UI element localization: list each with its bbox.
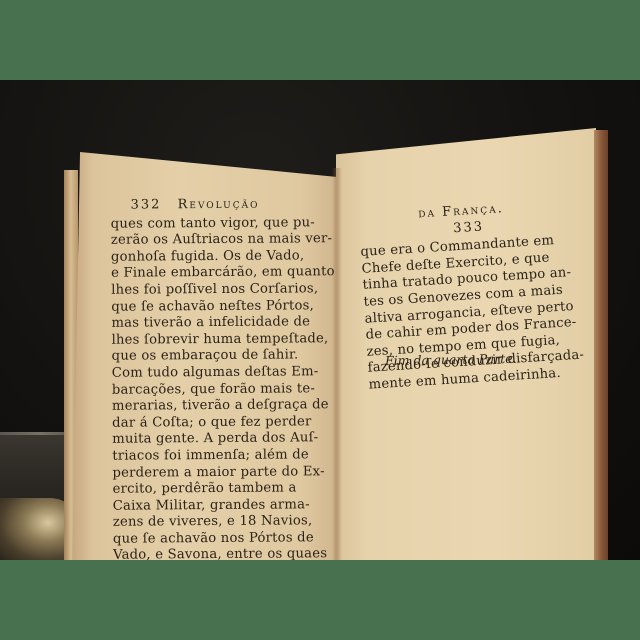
end-of-part-note: Fim da quarta Parte. — [385, 351, 517, 368]
letterbox-band-top — [0, 0, 640, 80]
text-line: perderem a maior parte do Ex- — [112, 464, 317, 482]
page-number: 332 — [131, 197, 162, 212]
left-page-text: 332 Revolução ques com tanto vigor, que … — [111, 196, 319, 560]
book-cover-edge — [594, 130, 608, 560]
book-gutter — [332, 168, 342, 560]
text-line: Vado, e Savona, entre os quaes — [113, 547, 318, 560]
text-line: que ſe achavão nos Pórtos de — [113, 530, 318, 548]
text-line: que os embaraçou de ſahir. — [112, 348, 317, 366]
text-line: ques com tanto vigor, que pu- — [111, 215, 316, 233]
text-line: que ſe achavão neſtes Pórtos, — [111, 298, 316, 316]
left-page-header: 332 Revolução — [111, 196, 316, 214]
text-line: merarias, tiverão a deſgraça de — [112, 397, 317, 415]
text-line: lhes foi poſſivel nos Corſarios, — [111, 281, 316, 299]
book-photo: 332 Revolução ques com tanto vigor, que … — [0, 80, 640, 560]
text-line: ercito, perdêrão tambem a — [113, 480, 318, 498]
text-line: barcações, que forão mais te- — [112, 381, 317, 399]
text-line: dar á Coſta; o que fez perder — [112, 414, 317, 432]
text-line: zens de viveres, e 18 Navios, — [113, 514, 318, 532]
letterbox-band-bottom — [0, 560, 640, 640]
page-number: 333 — [453, 219, 485, 236]
text-line: gonhoſa fugida. Os de Vado, — [111, 248, 316, 266]
text-line: Com tudo algumas deſtas Em- — [112, 364, 317, 382]
text-line: e Finale embarcárão, em quanto — [111, 265, 316, 283]
text-line: triacos foi immenſa; além de — [112, 447, 317, 465]
text-line: lhes ſobrevir huma tempeſtade, — [111, 331, 316, 349]
running-head: Revolução — [178, 197, 260, 213]
text-line: mas tiverão a infelicidade de — [111, 314, 316, 332]
text-line: muita gente. A perda dos Auſ- — [112, 431, 317, 449]
text-line: zerão os Auſtriacos na mais ver- — [111, 231, 316, 249]
text-line: Caixa Militar, grandes arma- — [113, 497, 318, 515]
